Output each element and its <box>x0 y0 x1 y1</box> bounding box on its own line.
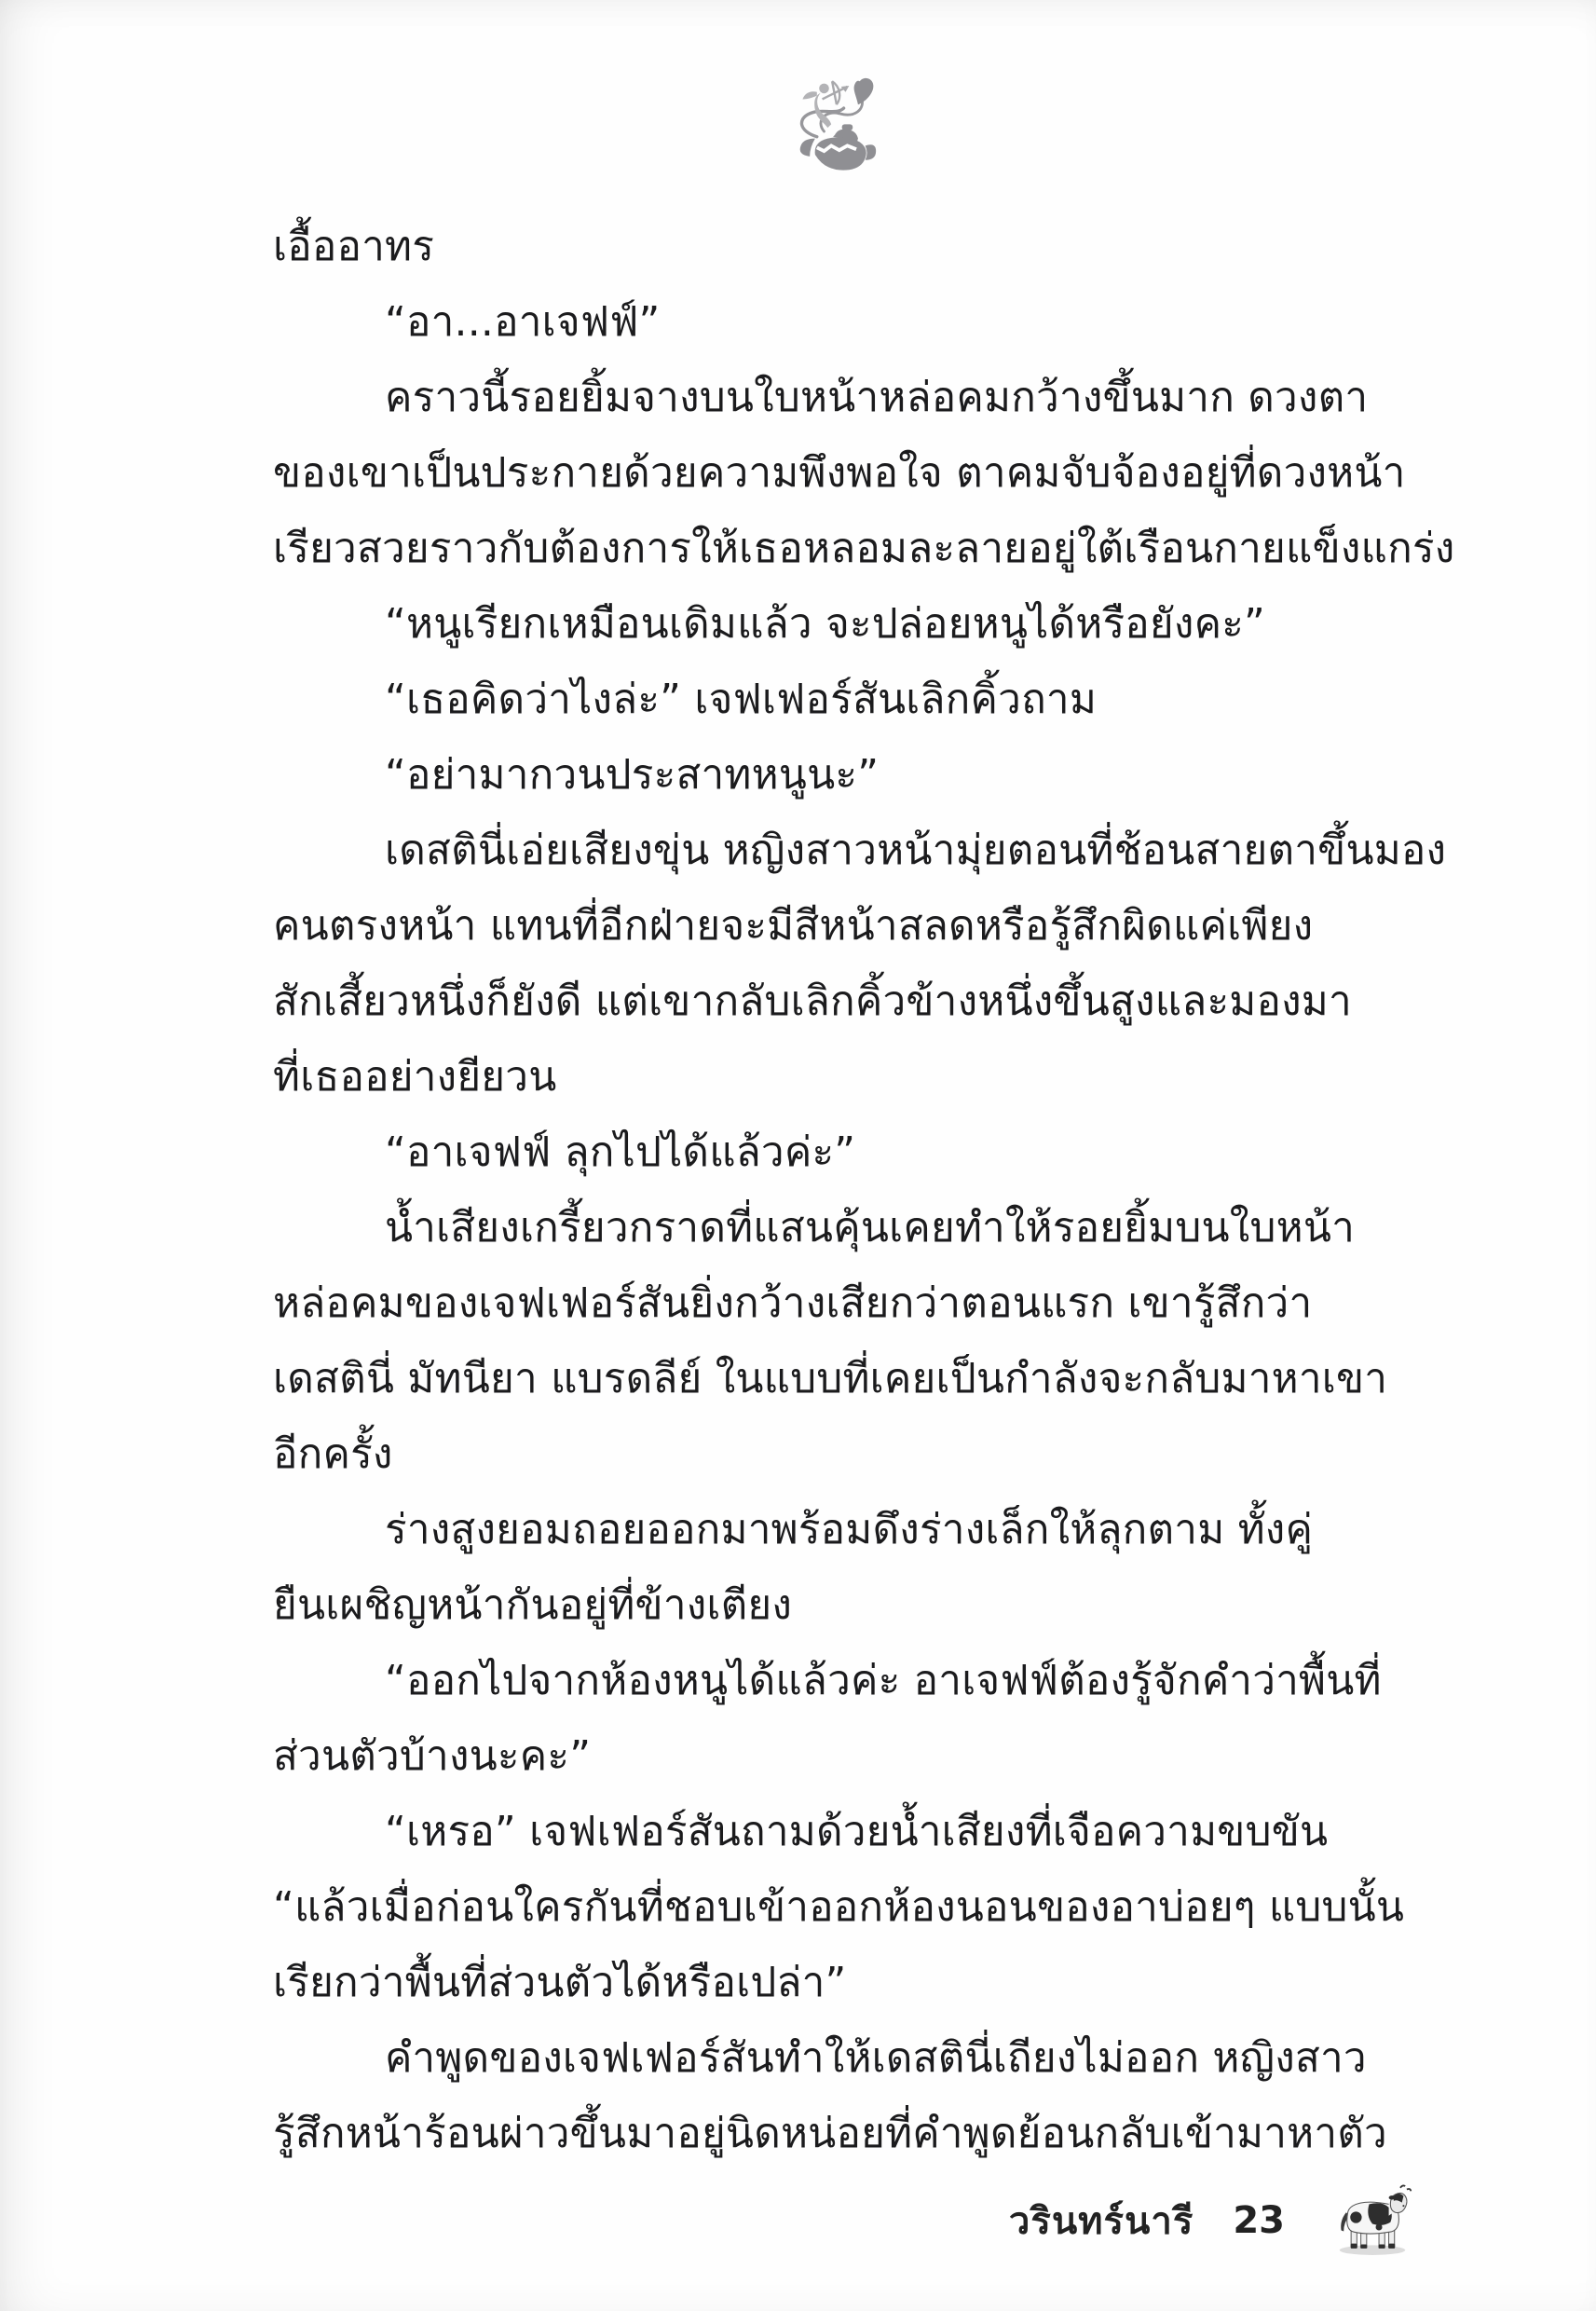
book-page: เอื้ออาทร“อา...อาเจฟฟ์”คราวนี้รอยยิ้มจาง… <box>0 0 1596 2311</box>
author-name: วรินทร์นารี <box>1009 2191 1194 2250</box>
text-line: เดสตินี่ มัทนียา แบรดลีย์ ในแบบที่เคยเป็… <box>273 1341 1421 1416</box>
body-text: เอื้ออาทร“อา...อาเจฟฟ์”คราวนี้รอยยิ้มจาง… <box>273 209 1421 2171</box>
text-line: อีกครั้ง <box>273 1416 1421 1492</box>
text-line: สักเสี้ยวหนึ่งก็ยังดี แต่เขากลับเลิกคิ้ว… <box>273 964 1421 1039</box>
text-line: “อาเจฟฟ์ ลุกไปได้แล้วค่ะ” <box>273 1114 1421 1190</box>
text-line: เอื้ออาทร <box>273 209 1421 284</box>
text-line: ยืนเผชิญหน้ากันอยู่ที่ข้างเตียง <box>273 1567 1421 1643</box>
text-line: “หนูเรียกเหมือนเดิมแล้ว จะปล่อยหนูได้หรื… <box>273 586 1421 662</box>
text-line: “อย่ามากวนประสาทหนูนะ” <box>273 737 1421 813</box>
text-line: ของเขาเป็นประกายด้วยความพึงพอใจ ตาคมจับจ… <box>273 435 1421 511</box>
text-line: เรียกว่าพื้นที่ส่วนตัวได้หรือเปล่า” <box>273 1945 1421 2020</box>
page-footer: วรินทร์นารี 23 <box>1009 2184 1413 2257</box>
text-line: “อา...อาเจฟฟ์” <box>273 284 1421 360</box>
text-line: น้ำเสียงเกรี้ยวกราดที่แสนคุ้นเคยทำให้รอย… <box>273 1190 1421 1265</box>
text-line: ส่วนตัวบ้างนะคะ” <box>273 1718 1421 1794</box>
text-line: “แล้วเมื่อก่อนใครกันที่ชอบเข้าออกห้องนอน… <box>273 1869 1421 1945</box>
text-line: “เธอคิดว่าไงล่ะ” เจฟเฟอร์สันเลิกคิ้วถาม <box>273 662 1421 737</box>
text-line: “ออกไปจากห้องหนูได้แล้วค่ะ อาเจฟฟ์ต้องรู… <box>273 1643 1421 1718</box>
text-line: คำพูดของเจฟเฟอร์สันทำให้เดสตินี่เถียงไม่… <box>273 2020 1421 2096</box>
text-line: เดสตินี่เอ่ยเสียงขุ่น หญิงสาวหน้ามุ่ยตอน… <box>273 813 1421 888</box>
text-line: คราวนี้รอยยิ้มจางบนใบหน้าหล่อคมกว้างขึ้น… <box>273 360 1421 435</box>
text-line: ร่างสูงยอมถอยออกมาพร้อมดึงร่างเล็กให้ลุก… <box>273 1492 1421 1567</box>
text-line: หล่อคมของเจฟเฟอร์สันยิ่งกว้างเสียกว่าตอน… <box>273 1265 1421 1341</box>
text-line: รู้สึกหน้าร้อนผ่าวขึ้นมาอยู่นิดหน่อยที่ค… <box>273 2096 1421 2171</box>
cow-icon <box>1331 2184 1413 2257</box>
text-line: คนตรงหน้า แทนที่อีกฝ่ายจะมีสีหน้าสลดหรือ… <box>273 888 1421 964</box>
page-number: 23 <box>1233 2199 1285 2242</box>
cupid-teacup-ornament-icon <box>790 67 880 173</box>
text-line: “เหรอ” เจฟเฟอร์สันถามด้วยน้ำเสียงที่เจือ… <box>273 1794 1421 1869</box>
text-line: เรียวสวยราวกับต้องการให้เธอหลอมละลายอยู่… <box>273 511 1421 586</box>
text-line: ที่เธออย่างยียวน <box>273 1039 1421 1114</box>
